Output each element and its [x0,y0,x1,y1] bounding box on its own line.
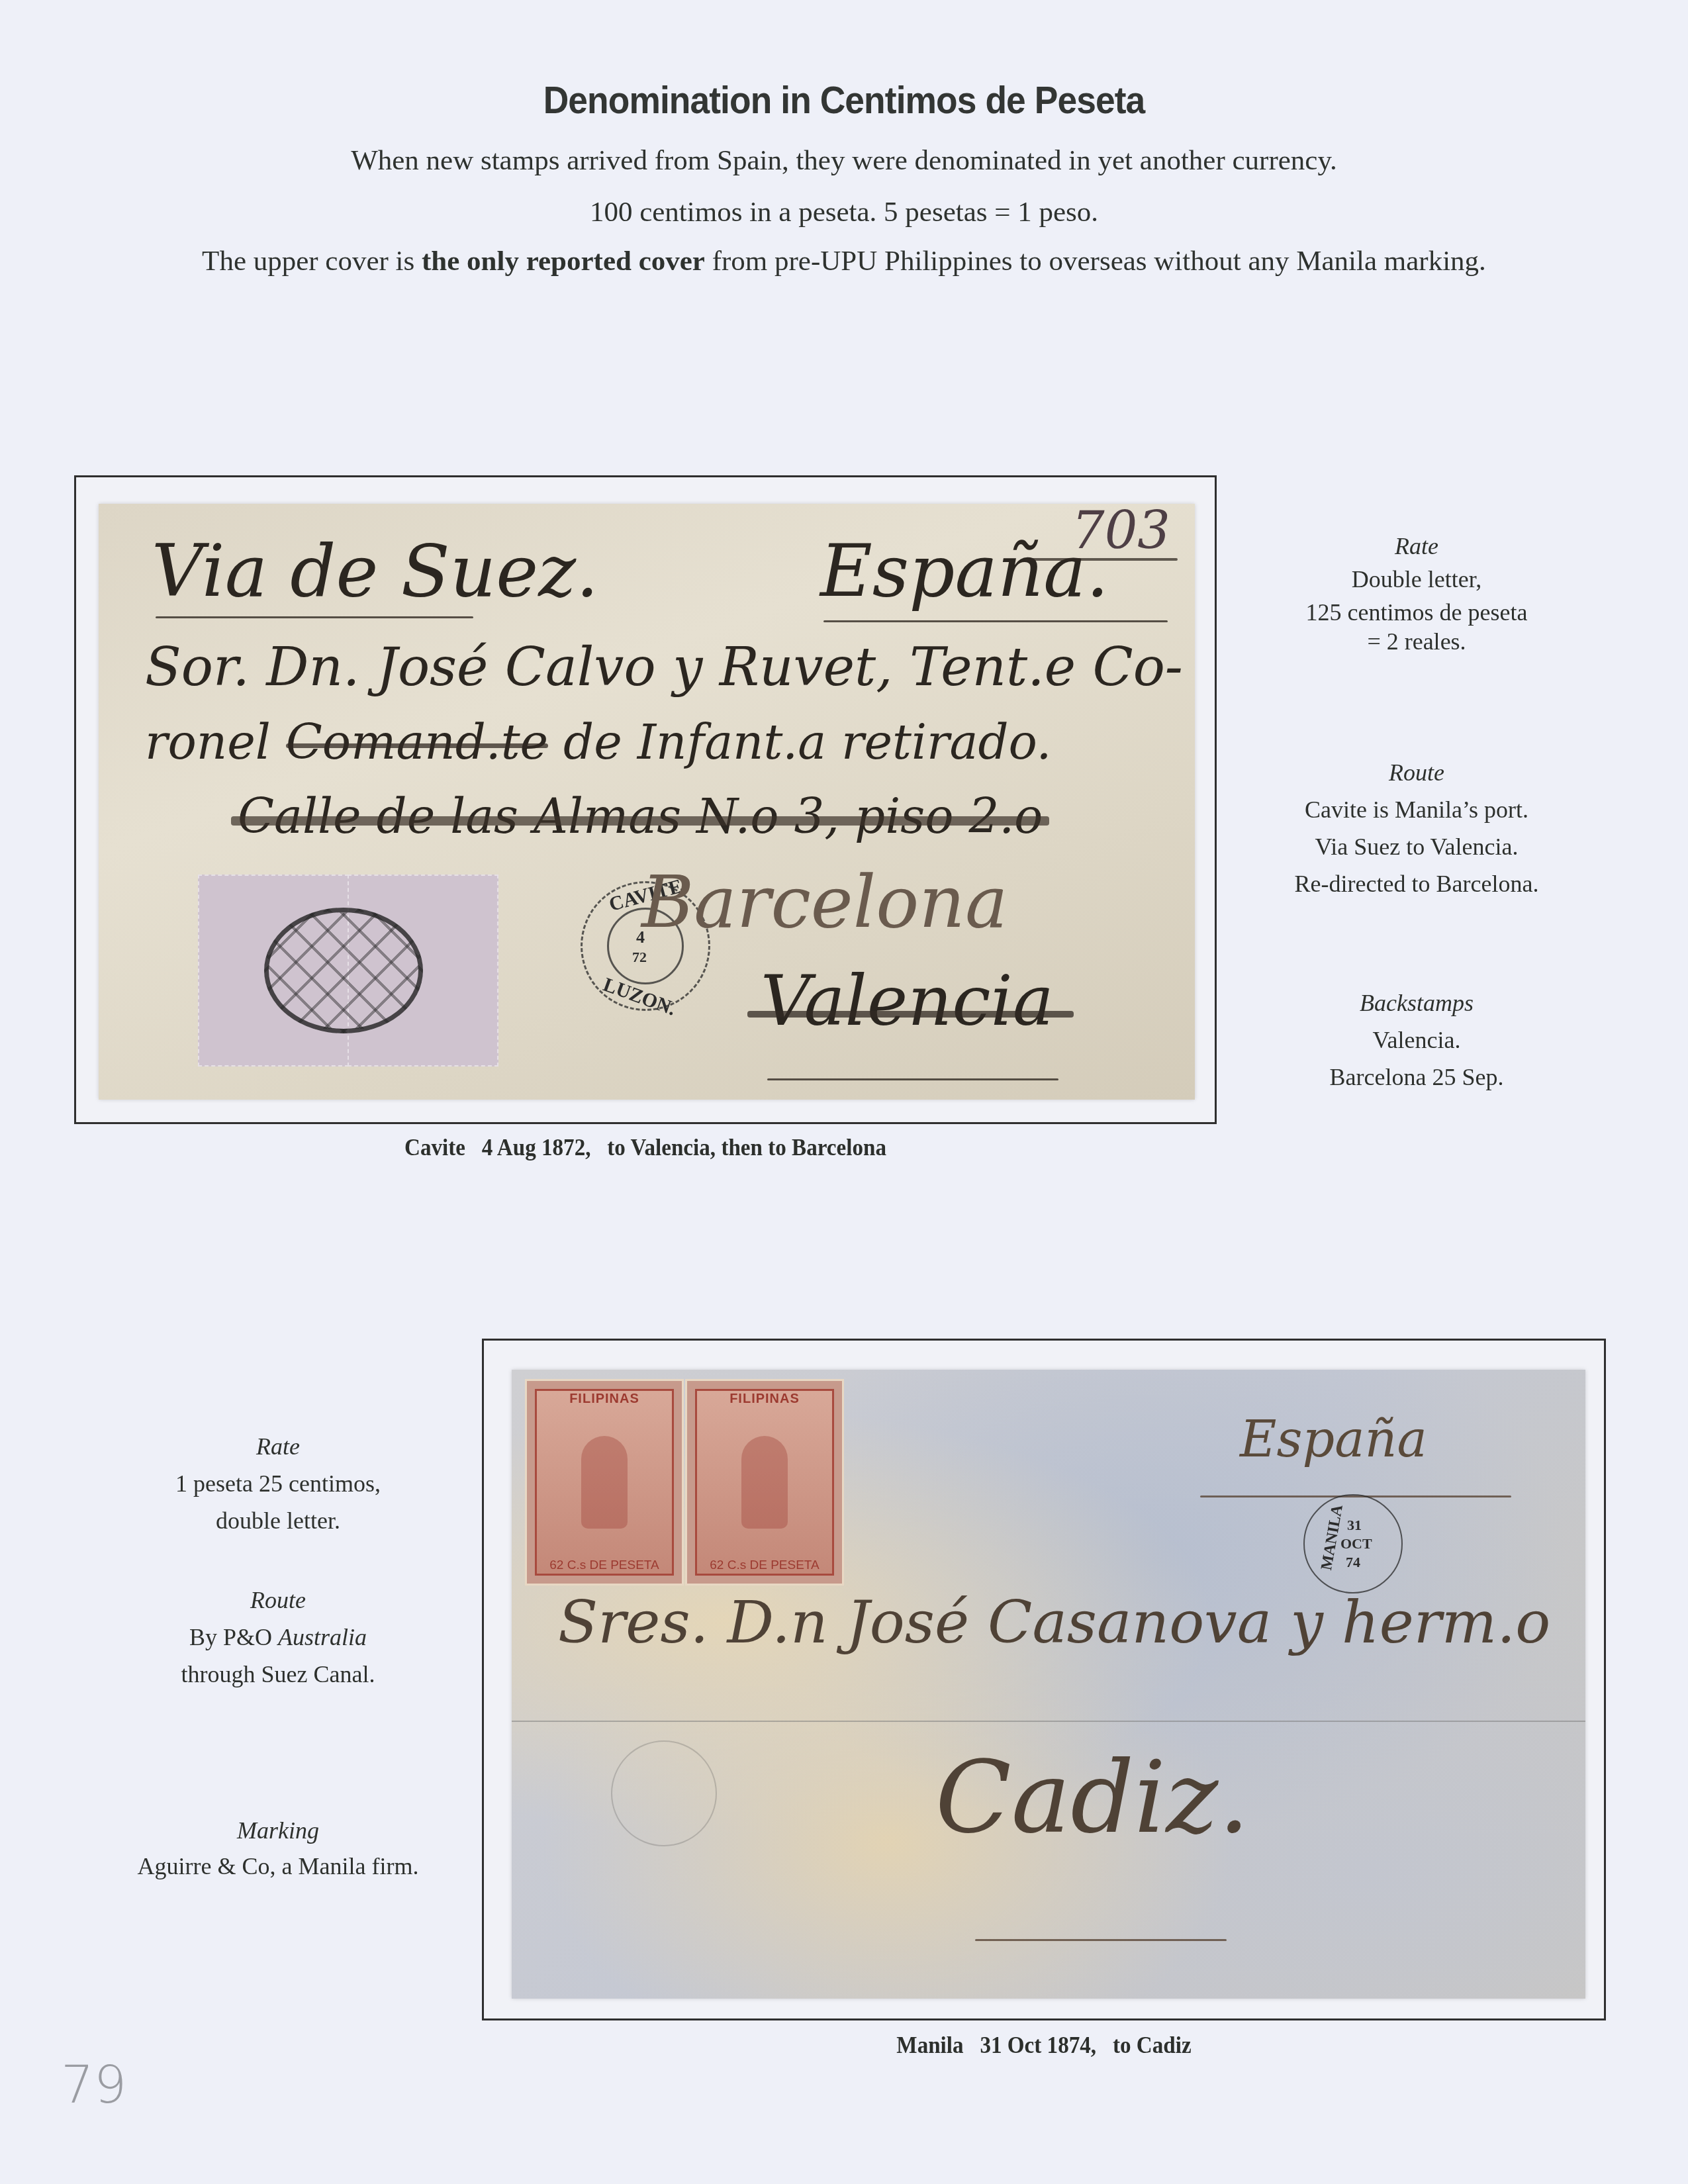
cover1-postmark-year: 72 [632,949,647,966]
cover1-via-underline [156,616,473,618]
cover2-stamp-left: FILIPINAS 62 C.s DE PESETA [525,1379,684,1586]
cover1-address-line3: Calle de las Almas N.o 3, piso 2.o [238,788,1043,844]
cover1-city-underline [767,1078,1058,1080]
cover2-postmark-month: OCT [1340,1535,1372,1552]
intro-line-1: When new stamps arrived from Spain, they… [0,144,1688,177]
stamp-hispania-figure [741,1436,788,1529]
intro-line-3-post: from pre-UPU Philippines to overseas wit… [705,246,1486,277]
cover1-address-line2-pre: ronel [145,714,286,770]
cover2-address: Sres. D.n José Casanova y herm.o [558,1588,1550,1656]
cover2-letter: FILIPINAS 62 C.s DE PESETA FILIPINAS 62 … [512,1370,1585,1999]
cover1-caption: Cavite 4 Aug 1872, to Valencia, then to … [120,1133,1171,1161]
stamp-country: FILIPINAS [687,1392,842,1407]
note-heading: Rate [79,1430,477,1463]
intro-line-3-bold: the only reported cover [422,246,705,277]
cover1-address-line2: ronel Comand.te de Infant.a retirado. [145,714,1051,770]
cover1-address-line2-struck: Comand.te [286,714,549,770]
note-line-pre: By P&O [189,1624,278,1650]
cover1-note-route: Route Cavite is Manila’s port. Via Suez … [1244,756,1589,900]
stamp-country: FILIPINAS [527,1392,682,1407]
cover1-country-underline [823,620,1168,622]
stamp-hispania-figure [581,1436,628,1529]
note-line: Barcelona 25 Sep. [1244,1061,1589,1094]
note-heading: Route [79,1584,477,1617]
note-line: Re-directed to Barcelona. [1244,867,1589,900]
cover1-note-backstamps: Backstamps Valencia. Barcelona 25 Sep. [1244,986,1589,1094]
cover1-ref-number: 703 [1072,504,1170,561]
note-heading: Route [1244,756,1589,789]
note-line: double letter. [79,1504,477,1537]
cover2-caption: Manila 31 Oct 1874, to Cadiz [527,2031,1561,2059]
cover1-address-line2-post: de Infant.a retirado. [548,714,1051,770]
note-line-italic: Australia [278,1624,367,1650]
stamp-value: 62 C.s DE PESETA [687,1558,842,1573]
cover2-frame: FILIPINAS 62 C.s DE PESETA FILIPINAS 62 … [482,1339,1606,2020]
cover1-address-line3-struck: Calle de las Almas N.o 3, piso 2.o [238,788,1043,844]
note-line: Double letter, [1244,563,1589,596]
page-number: 79 [61,2056,126,2115]
cover1-envelope: Via de Suez. España. 703 Sor. Dn. José C… [99,504,1195,1100]
stamp-value: 62 C.s DE PESETA [527,1558,682,1573]
note-line: 125 centimos de peseta [1244,596,1589,629]
cover1-note-rate: Rate Double letter, 125 centimos de pese… [1244,530,1589,658]
cover2-note-rate: Rate 1 peseta 25 centimos, double letter… [79,1430,477,1537]
note-line: Cavite is Manila’s port. [1244,793,1589,826]
cover1-via: Via de Suez. [152,530,598,613]
cover1-address-line1: Sor. Dn. José Calvo y Ruvet, Tent.e Co- [145,636,1183,698]
cover2-stamp-right: FILIPINAS 62 C.s DE PESETA [685,1379,844,1586]
note-line: through Suez Canal. [79,1658,477,1691]
cover2-country: España [1240,1409,1427,1468]
cover1-grill-cancel [264,908,423,1033]
note-line: Valencia. [1244,1023,1589,1057]
cover1-strike-calle [231,816,1049,826]
note-line: By P&O Australia [79,1621,477,1654]
cover2-faint-marking [611,1740,717,1846]
note-line: Via Suez to Valencia. [1244,830,1589,863]
note-heading: Marking [79,1814,477,1847]
cover1-original-city: Valencia [761,961,1054,1041]
cover1-original-city-wrap: Valencia [761,961,1054,1041]
cover2-city: Cadiz. [935,1740,1250,1856]
intro-line-3: The upper cover is the only reported cov… [0,245,1688,277]
cover1-struck-text: Comand.te [286,714,549,770]
note-heading: Backstamps [1244,986,1589,1020]
cover1-strike-comand [286,743,549,748]
cover2-note-route: Route By P&O Australia through Suez Cana… [79,1584,477,1691]
cover1-ref-line [1025,558,1178,561]
cover2-postmark-year: 74 [1346,1554,1360,1571]
note-heading: Rate [1244,530,1589,563]
cover1-redirect-city: Barcelona [641,861,1008,944]
cover2-note-marking: Marking Aguirre & Co, a Manila firm. [79,1814,477,1883]
note-line: Aguirre & Co, a Manila firm. [79,1850,477,1883]
note-line: = 2 reales. [1244,625,1589,658]
cover1-strike-valencia [747,1011,1074,1018]
page-title: Denomination in Centimos de Peseta [68,78,1620,122]
cover2-city-underline [975,1939,1227,1941]
intro-line-2: 100 centimos in a peseta. 5 pesetas = 1 … [0,196,1688,228]
cover2-postmark-day: 31 [1347,1517,1362,1534]
note-line: 1 peseta 25 centimos, [79,1467,477,1500]
cover1-frame: Via de Suez. España. 703 Sor. Dn. José C… [74,475,1217,1124]
intro-line-3-pre: The upper cover is [202,246,422,277]
cover2-fold-line [512,1721,1585,1722]
cover1-country: España. [820,530,1109,613]
cover1-original-city-text: Valencia [761,961,1054,1041]
